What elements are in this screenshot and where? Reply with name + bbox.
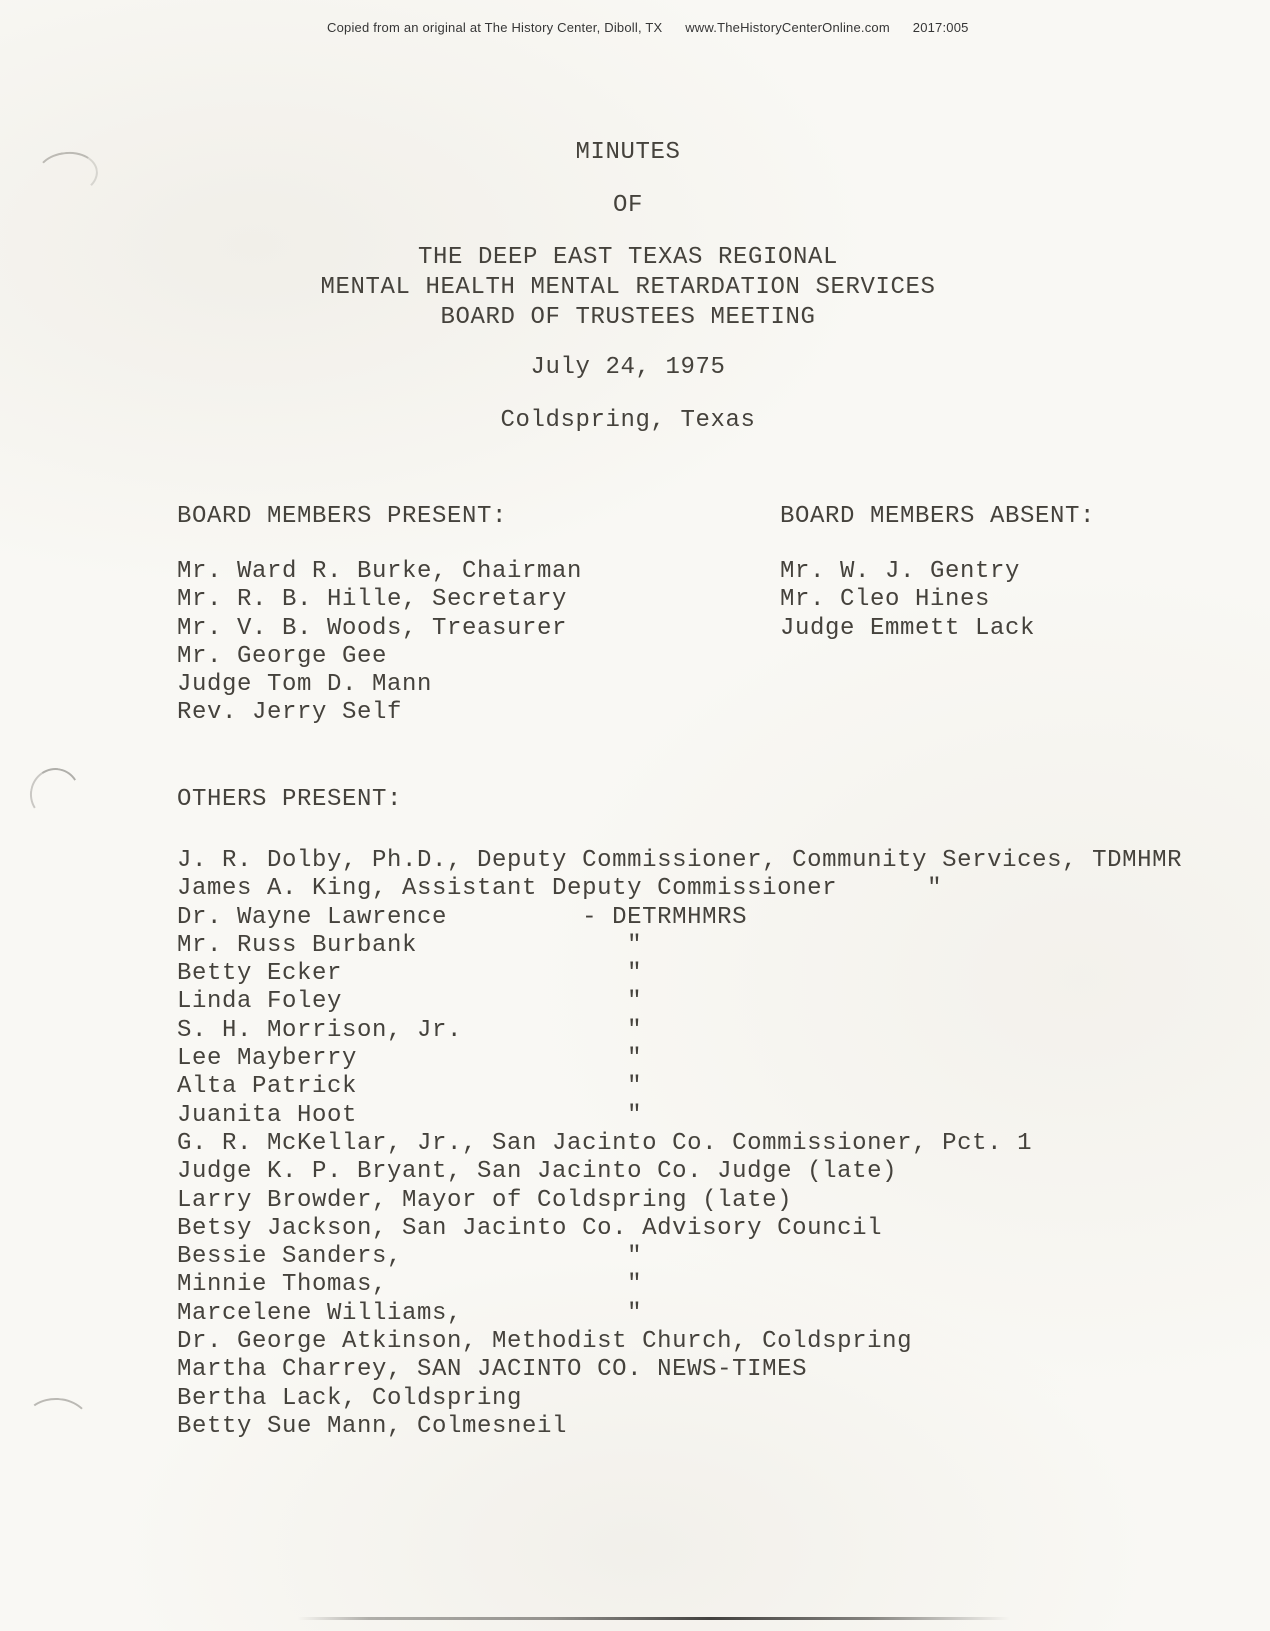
title-connector: OF bbox=[8, 192, 1248, 220]
list-item: James A. King, Assistant Deputy Commissi… bbox=[177, 875, 1182, 903]
list-item: Bertha Lack, Coldspring bbox=[177, 1385, 1182, 1413]
board-members-absent-section: BOARD MEMBERS ABSENT: Mr. W. J. Gentry M… bbox=[780, 503, 1095, 531]
others-present-heading: OTHERS PRESENT: bbox=[177, 786, 402, 814]
scan-provenance-header: Copied from an original at The History C… bbox=[327, 20, 969, 35]
present-heading: BOARD MEMBERS PRESENT: bbox=[177, 503, 507, 531]
list-item: Dr. George Atkinson, Methodist Church, C… bbox=[177, 1328, 1182, 1356]
absent-list: Mr. W. J. Gentry Mr. Cleo Hines Judge Em… bbox=[780, 558, 1035, 643]
scan-artifact-line bbox=[298, 1617, 1010, 1620]
others-present-list: J. R. Dolby, Ph.D., Deputy Commissioner,… bbox=[177, 847, 1182, 1441]
list-item: Juanita Hoot " bbox=[177, 1102, 1182, 1130]
list-item: Linda Foley " bbox=[177, 988, 1182, 1016]
list-item: Mr. Russ Burbank " bbox=[177, 932, 1182, 960]
list-item: Bessie Sanders, " bbox=[177, 1243, 1182, 1271]
list-item: Betsy Jackson, San Jacinto Co. Advisory … bbox=[177, 1215, 1182, 1243]
present-list: Mr. Ward R. Burke, Chairman Mr. R. B. Hi… bbox=[177, 558, 582, 728]
list-item: Mr. V. B. Woods, Treasurer bbox=[177, 615, 582, 643]
list-item: Rev. Jerry Self bbox=[177, 699, 582, 727]
meeting-date: July 24, 1975 bbox=[8, 354, 1248, 382]
list-item: Minnie Thomas, " bbox=[177, 1271, 1182, 1299]
organization-name-line2: MENTAL HEALTH MENTAL RETARDATION SERVICE… bbox=[8, 274, 1248, 302]
list-item: Alta Patrick " bbox=[177, 1073, 1182, 1101]
list-item: Larry Browder, Mayor of Coldspring (late… bbox=[177, 1187, 1182, 1215]
organization-name-line3: BOARD OF TRUSTEES MEETING bbox=[8, 304, 1248, 332]
list-item: Mr. W. J. Gentry bbox=[780, 558, 1035, 586]
absent-heading: BOARD MEMBERS ABSENT: bbox=[780, 503, 1095, 531]
list-item: Mr. Ward R. Burke, Chairman bbox=[177, 558, 582, 586]
binder-hole-mark bbox=[22, 1396, 91, 1450]
list-item: Mr. R. B. Hille, Secretary bbox=[177, 586, 582, 614]
list-item: Marcelene Williams, " bbox=[177, 1300, 1182, 1328]
list-item: Judge Emmett Lack bbox=[780, 615, 1035, 643]
list-item: G. R. McKellar, Jr., San Jacinto Co. Com… bbox=[177, 1130, 1182, 1158]
list-item: Judge Tom D. Mann bbox=[177, 671, 582, 699]
list-item: Dr. Wayne Lawrence - DETRMHMRS bbox=[177, 904, 1182, 932]
meeting-location: Coldspring, Texas bbox=[8, 407, 1248, 435]
binder-hole-mark bbox=[25, 763, 85, 824]
list-item: Mr. Cleo Hines bbox=[780, 586, 1035, 614]
list-item: Betty Ecker " bbox=[177, 960, 1182, 988]
list-item: J. R. Dolby, Ph.D., Deputy Commissioner,… bbox=[177, 847, 1182, 875]
list-item: Judge K. P. Bryant, San Jacinto Co. Judg… bbox=[177, 1158, 1182, 1186]
organization-name-line1: THE DEEP EAST TEXAS REGIONAL bbox=[8, 244, 1248, 272]
list-item: Lee Mayberry " bbox=[177, 1045, 1182, 1073]
list-item: Betty Sue Mann, Colmesneil bbox=[177, 1413, 1182, 1441]
list-item: Mr. George Gee bbox=[177, 643, 582, 671]
scanned-document-page: Copied from an original at The History C… bbox=[0, 0, 1270, 1631]
board-members-present-section: BOARD MEMBERS PRESENT: Mr. Ward R. Burke… bbox=[177, 503, 507, 531]
document-title: MINUTES bbox=[8, 139, 1248, 167]
list-item: S. H. Morrison, Jr. " bbox=[177, 1017, 1182, 1045]
list-item: Martha Charrey, SAN JACINTO CO. NEWS-TIM… bbox=[177, 1356, 1182, 1384]
